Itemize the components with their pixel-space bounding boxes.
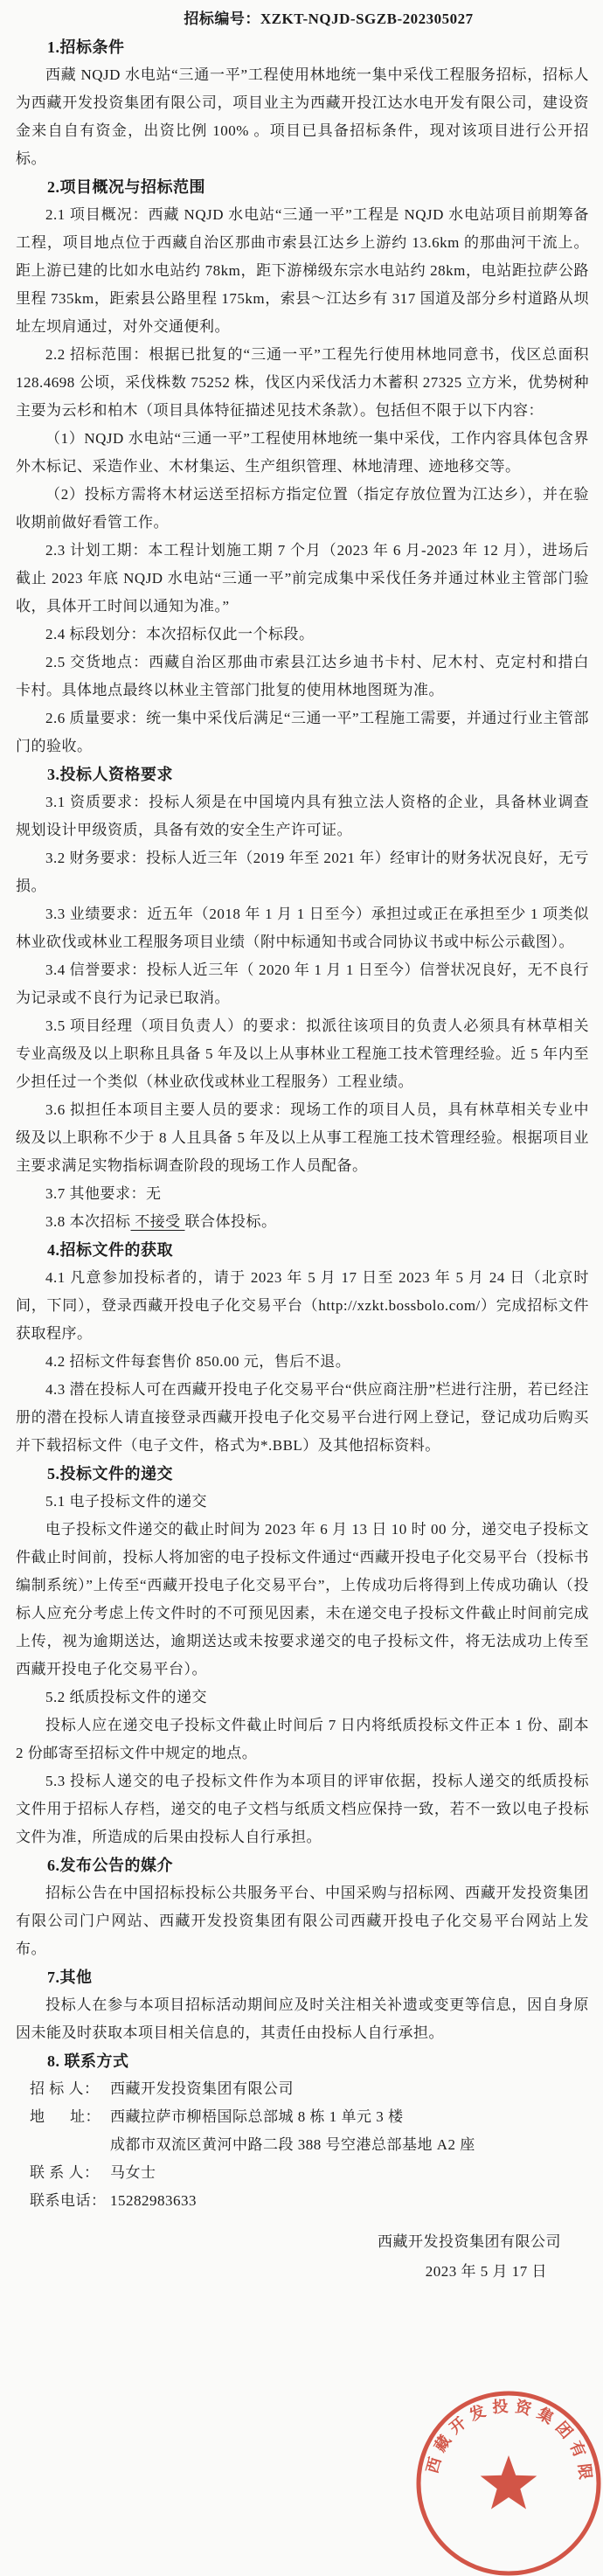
contact-label-tenderer: 招 标 人： (30, 2075, 110, 2103)
contact-value-person: 马女士 (110, 2159, 589, 2187)
section-6-heading: 6.发布公告的媒介 (16, 1851, 589, 1879)
para-7-1: 投标人在参与本项目招标活动期间应及时关注相关补遗或变更等信息，因自身原因未能及时… (16, 1991, 589, 2047)
contact-label-phone: 联系电话： (30, 2187, 110, 2215)
contact-row-tenderer: 招 标 人： 西藏开发投资集团有限公司 (16, 2075, 589, 2103)
para-3-4: 3.4 信誉要求：投标人近三年（ 2020 年 1 月 1 日至今）信誉状况良好… (16, 956, 589, 1012)
para-3-8-pre: 3.8 本次招标 (45, 1213, 131, 1230)
para-4-1: 4.1 凡意参加投标者的，请于 2023 年 5 月 17 日至 2023 年 … (16, 1264, 589, 1348)
para-4-3: 4.3 潜在投标人可在西藏开投电子化交易平台“供应商注册”栏进行注册，若已经注册… (16, 1376, 589, 1460)
seal-outer-ring (419, 2393, 599, 2573)
para-6-1: 招标公告在中国招标投标公共服务平台、中国采购与招标网、西藏开发投资集团有限公司门… (16, 1879, 589, 1963)
para-3-1: 3.1 资质要求：投标人须是在中国境内具有独立法人资格的企业，具备林业调查规划设… (16, 788, 589, 844)
para-3-5: 3.5 项目经理（项目负责人）的要求：拟派往该项目的负责人必须具有林草相关专业高… (16, 1012, 589, 1096)
section-1-paragraph: 西藏 NQJD 水电站“三通一平”工程使用林地统一集中采伐工程服务招标，招标人为… (16, 61, 589, 173)
signature-block: 西藏开发投资集团有限公司 2023 年 5 月 17 日 (16, 2227, 589, 2287)
para-5-1: 电子投标文件递交的截止时间为 2023 年 6 月 13 日 10 时 00 分… (16, 1516, 589, 1684)
contact-value-address-line2: 成都市双流区黄河中路二段 388 号空港总部基地 A2 座 (16, 2131, 589, 2159)
section-7-heading: 7.其他 (16, 1963, 589, 1991)
doc-number: 招标编号：XZKT-NQJD-SGZB-202305027 (16, 5, 589, 33)
sub-heading-5-2: 5.2 纸质投标文件的递交 (16, 1684, 589, 1712)
para-2-2-item-2: （2）投标方需将木材运送至招标方指定位置（指定存放位置为江达乡），并在验收期前做… (16, 481, 589, 537)
para-5-2: 投标人应在递交电子投标文件截止时间后 7 日内将纸质投标文件正本 1 份、副本 … (16, 1712, 589, 1767)
contact-label-person: 联 系 人： (30, 2159, 110, 2187)
signature-date: 2023 年 5 月 17 日 (16, 2257, 589, 2287)
para-3-8-post: 联合体投标。 (185, 1213, 277, 1230)
para-2-1: 2.1 项目概况：西藏 NQJD 水电站“三通一平”工程是 NQJD 水电站项目… (16, 201, 589, 341)
para-5-3: 5.3 投标人递交的电子投标文件作为本项目的评审依据，投标人递交的纸质投标文件用… (16, 1767, 589, 1851)
contact-row-person: 联 系 人： 马女士 (16, 2159, 589, 2187)
para-2-3: 2.3 计划工期：本工程计划施工期 7 个月（2023 年 6 月-2023 年… (16, 537, 589, 621)
contact-value-phone: 15282983633 (110, 2187, 589, 2215)
para-3-7: 3.7 其他要求：无 (16, 1180, 589, 1208)
contact-label-address: 地 址： (30, 2103, 110, 2131)
seal-ring-text: 西藏开发投资集团有限公司 (412, 2387, 595, 2487)
seal-star-icon (481, 2455, 537, 2510)
signature-company: 西藏开发投资集团有限公司 (16, 2227, 589, 2257)
section-2-heading: 2.项目概况与招标范围 (16, 173, 589, 201)
contact-row-phone: 联系电话： 15282983633 (16, 2187, 589, 2215)
para-4-2: 4.2 招标文件每套售价 850.00 元，售后不退。 (16, 1348, 589, 1376)
contact-value-address-line1: 西藏拉萨市柳梧国际总部城 8 栋 1 单元 3 楼 (110, 2103, 589, 2131)
para-2-2-item-1: （1）NQJD 水电站“三通一平”工程使用林地统一集中采伐，工作内容具体包含界外… (16, 425, 589, 481)
para-3-8: 3.8 本次招标 不接受 联合体投标。 (16, 1208, 589, 1236)
section-1-heading: 1.招标条件 (16, 33, 589, 61)
contact-row-address: 地 址： 西藏拉萨市柳梧国际总部城 8 栋 1 单元 3 楼 (16, 2103, 589, 2131)
section-4-heading: 4.招标文件的获取 (16, 1236, 589, 1264)
tender-announcement-document: 招标编号：XZKT-NQJD-SGZB-202305027 1.招标条件 西藏 … (0, 0, 603, 2576)
sub-heading-5-1: 5.1 电子投标文件的递交 (16, 1488, 589, 1516)
contact-value-tenderer: 西藏开发投资集团有限公司 (110, 2075, 589, 2103)
section-3-heading: 3.投标人资格要求 (16, 760, 589, 788)
para-2-4: 2.4 标段划分：本次招标仅此一个标段。 (16, 621, 589, 649)
para-3-2: 3.2 财务要求：投标人近三年（2019 年至 2021 年）经审计的财务状况良… (16, 844, 589, 900)
para-2-6: 2.6 质量要求：统一集中采伐后满足“三通一平”工程施工需要，并通过行业主管部门… (16, 705, 589, 760)
company-seal: 西藏开发投资集团有限公司 (412, 2387, 603, 2576)
para-3-6: 3.6 拟担任本项目主要人员的要求：现场工作的项目人员，具有林草相关专业中级及以… (16, 1096, 589, 1180)
para-2-2: 2.2 招标范围：根据已批复的“三通一平”工程先行使用林地同意书，伐区总面积 1… (16, 341, 589, 425)
section-5-heading: 5.投标文件的递交 (16, 1460, 589, 1488)
section-8-heading: 8. 联系方式 (16, 2047, 589, 2075)
para-2-5: 2.5 交货地点：西藏自治区那曲市索县江达乡迪书卡村、尼木村、克定村和措白卡村。… (16, 649, 589, 705)
para-3-3: 3.3 业绩要求：近五年（2018 年 1 月 1 日至今）承担过或正在承担至少… (16, 900, 589, 956)
para-3-8-underlined-term: 不接受 (131, 1213, 185, 1230)
